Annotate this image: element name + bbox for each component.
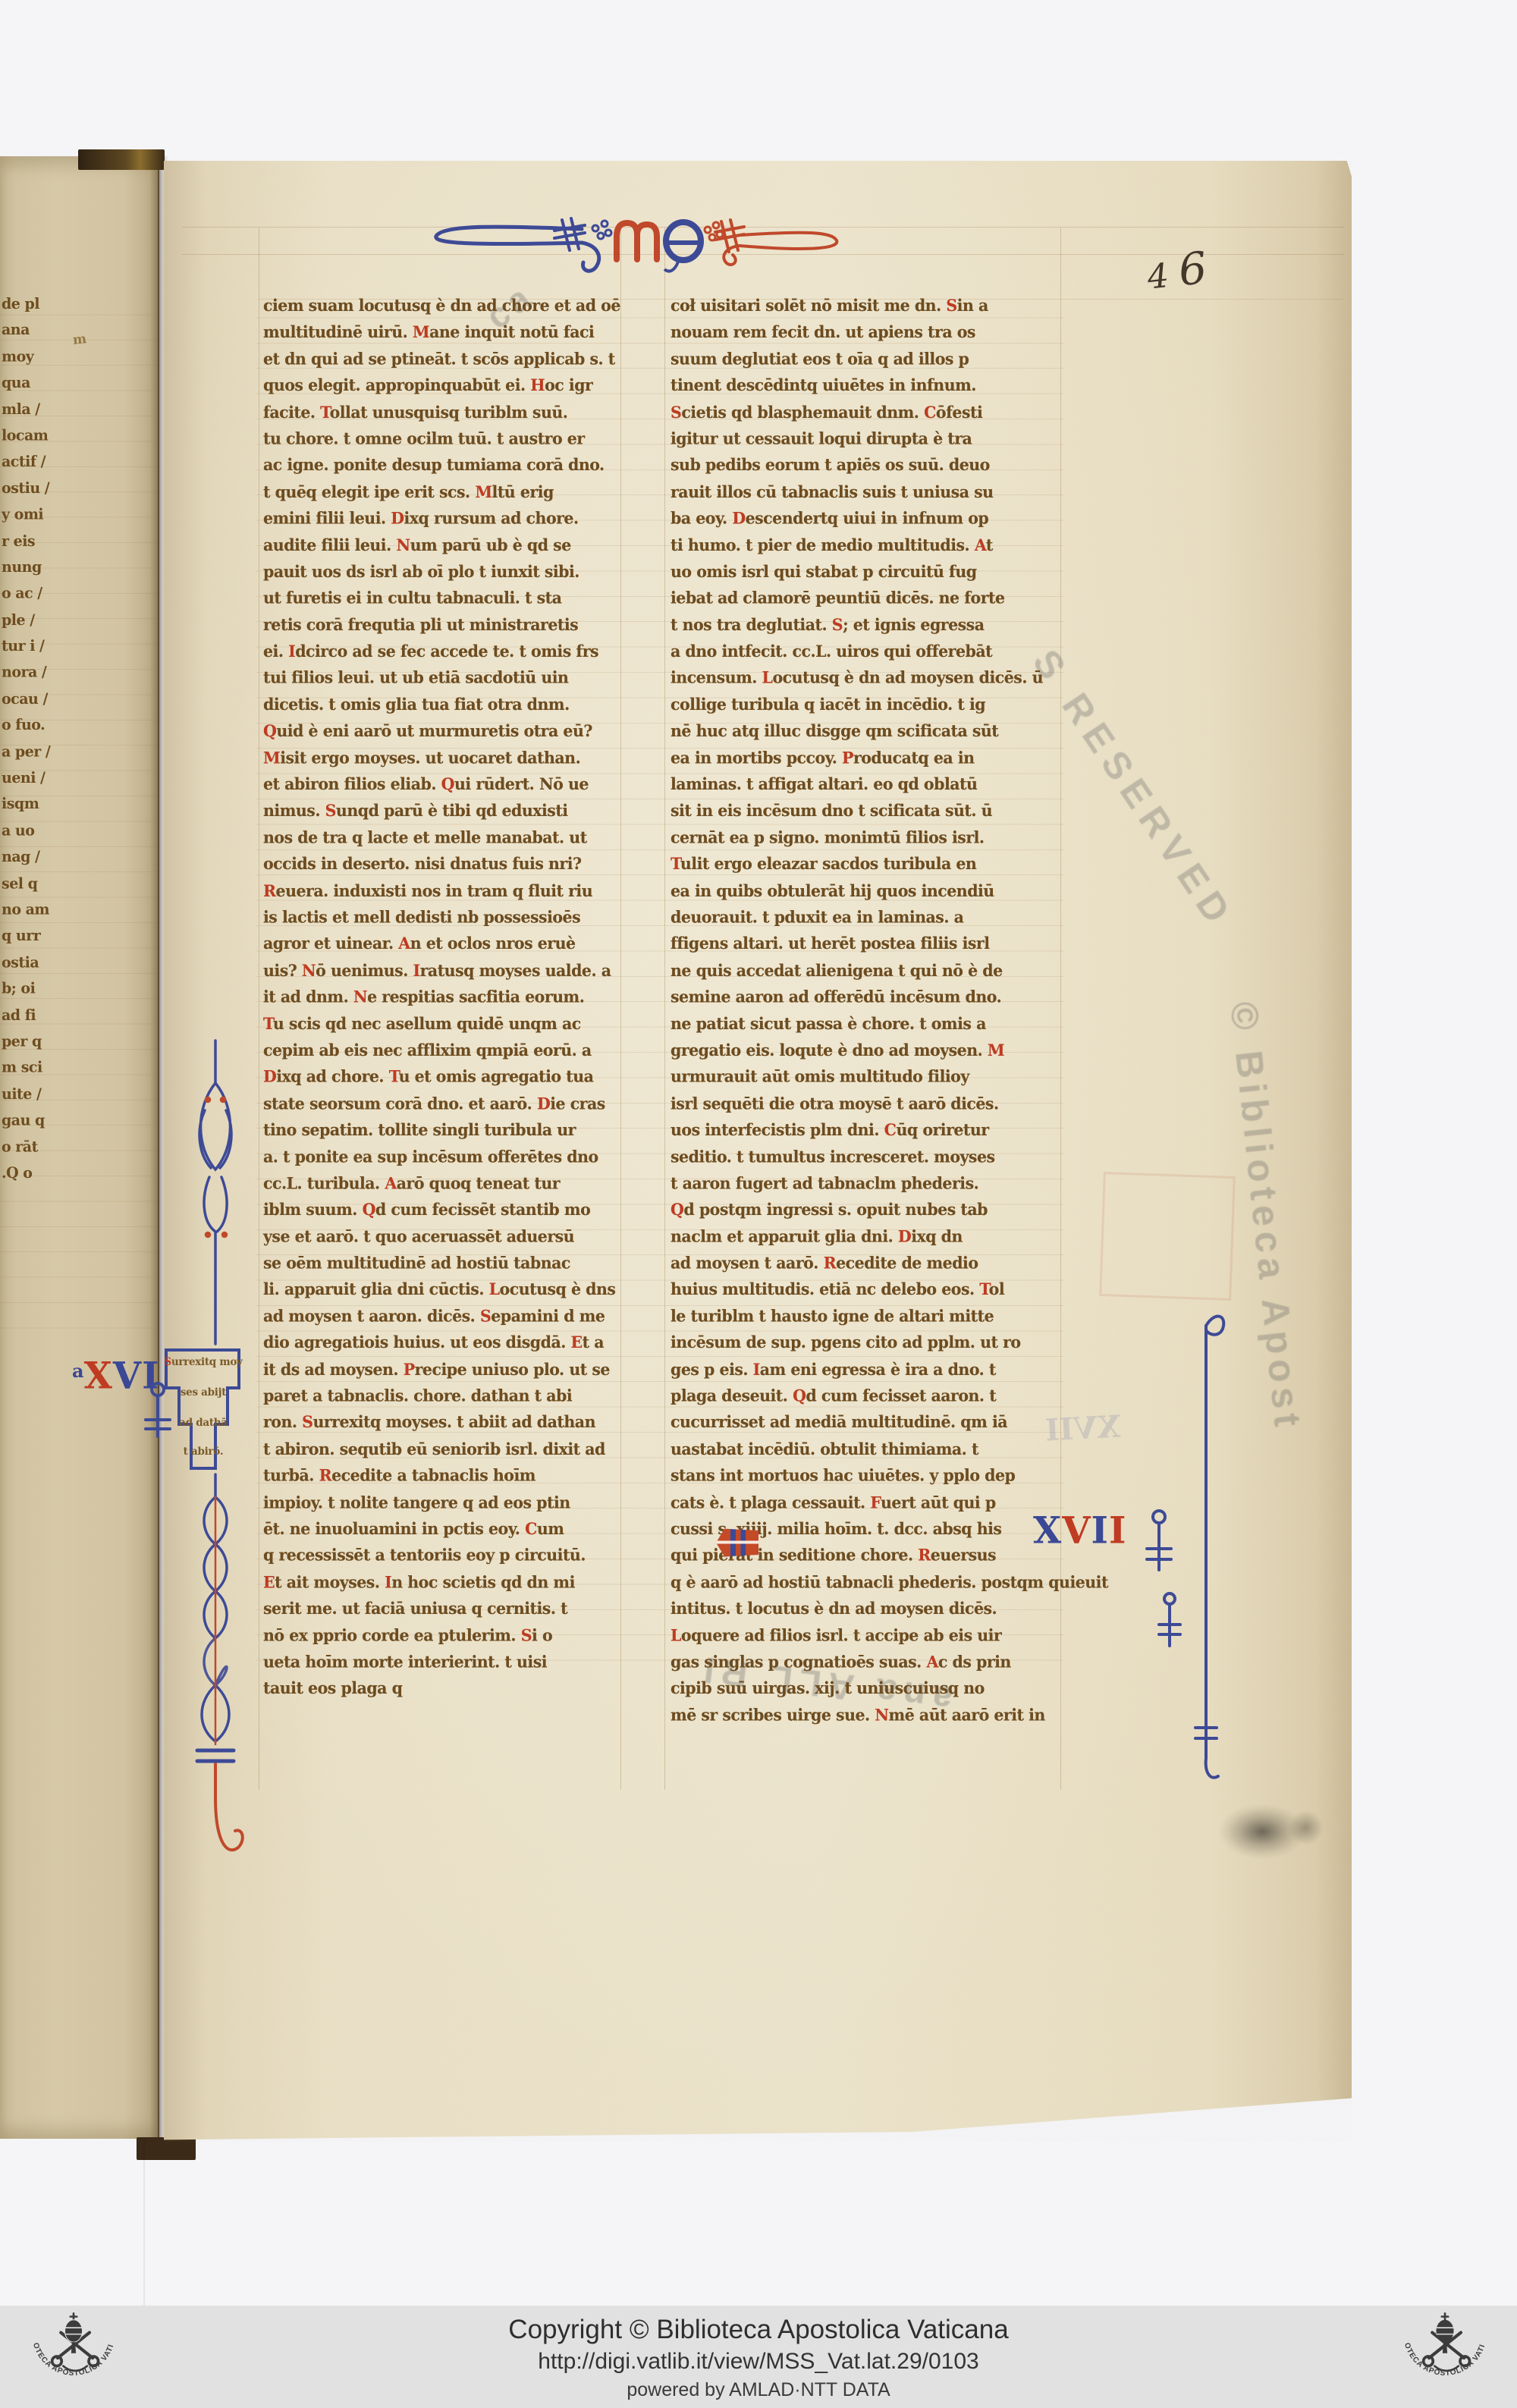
manuscript-line: le turiblm t hausto igne de altari mitte bbox=[671, 1303, 1059, 1330]
manuscript-line: ad moysen t aarō. Recedite de medio bbox=[671, 1250, 1059, 1276]
manuscript-line: mē sr scribes uirge sue. Nmē aūt aarō er… bbox=[671, 1702, 1059, 1728]
manuscript-line: collige turibula q iacēt in incēdio. t i… bbox=[671, 692, 1059, 718]
manuscript-line: audite filii leui. Num parū ub è qd se bbox=[263, 532, 617, 559]
manuscript-line: se oēm multitudinē ad hostiū tabnac bbox=[263, 1250, 617, 1276]
manuscript-line: Et ait moyses. In hoc scietis qd dn mi bbox=[263, 1569, 617, 1596]
manuscript-line: dio agregatiois huius. ut eos disgdā. Et… bbox=[263, 1330, 617, 1356]
manuscript-line: semine aaron ad offerēdū incēsum dno. bbox=[671, 984, 1059, 1011]
manuscript-line: t abiron. sequtib eū seniorib isrl. dixi… bbox=[263, 1436, 617, 1463]
manuscript-line: t nos tra deglutiat. S; et ignis egressa bbox=[671, 612, 1059, 639]
folio-number: 46 bbox=[1145, 240, 1220, 299]
manuscript-line: gas singlas p cognatioēs suas. Ac ds pri… bbox=[671, 1649, 1059, 1675]
manuscript-line: ne quis accedat alienigena t qui nō è de bbox=[671, 958, 1059, 984]
verso-fragment: nag / bbox=[2, 844, 93, 871]
verso-fragment: o rāt bbox=[2, 1134, 93, 1160]
verso-fragment: mla / bbox=[2, 397, 93, 423]
manuscript-line: a dno intfecit. cc.L. uiros qui offerebā… bbox=[671, 639, 1059, 665]
manuscript-line: cipib suū uirgas. xij. t uniuscuiusq no bbox=[671, 1675, 1059, 1702]
manuscript-line: nō ex pprio corde ea ptulerim. Si o bbox=[263, 1622, 617, 1649]
manuscript-line: serit me. ut faciā uniusa q cernitis. t bbox=[263, 1596, 617, 1622]
manuscript-line: quos elegit. appropinquabūt ei. Hoc igr bbox=[263, 372, 617, 399]
verso-fragment: gau q bbox=[2, 1108, 93, 1135]
verso-fragment: b; oi bbox=[2, 976, 93, 1003]
manuscript-line: tinent descēdintq uiuētes in infnum. bbox=[671, 372, 1059, 399]
manuscript-line: Tulit ergo eleazar sacdos turibula en bbox=[671, 851, 1059, 877]
manuscript-line: cucurrisset ad mediā multitudinē. qm iā bbox=[671, 1410, 1059, 1436]
manuscript-line: ba eoy. Descendertq uiui in infnum op bbox=[671, 505, 1059, 532]
manuscript-line: tauit eos plaga q bbox=[263, 1675, 617, 1702]
manuscript-line: impioy. t nolite tangere q ad eos ptin bbox=[263, 1490, 617, 1516]
manuscript-line: laminas. t affigat altari. eo qd oblatū bbox=[671, 771, 1059, 798]
column-rule bbox=[259, 228, 259, 1790]
manuscript-line: urmurauit aūt omis multitudo filioy bbox=[671, 1064, 1059, 1091]
verso-page-edge: de planamoyquamla /locamactif /ostiu /y … bbox=[0, 156, 159, 2139]
manuscript-line: huius multitudis. etiā nc delebo eos. To… bbox=[671, 1276, 1059, 1303]
manuscript-line: uis? Nō uenimus. Iratusq moyses ualde. a bbox=[263, 958, 617, 984]
manuscript-line: cepim ab eis nec afflixim qmpiā eorū. a bbox=[263, 1038, 617, 1064]
verso-fragment: moy bbox=[2, 344, 93, 370]
manuscript-line: ne patiat sicut passa è chore. t omis a bbox=[671, 1011, 1059, 1038]
binding-notch-bottom bbox=[137, 2137, 196, 2160]
manuscript-line: ciem suam locutusq è dn ad chore et ad o… bbox=[263, 293, 617, 319]
verso-fragment: y omi bbox=[2, 502, 93, 529]
manuscript-line: deuorauit. t pduxit ea in laminas. a bbox=[671, 904, 1059, 931]
manuscript-line: ueta hoīm morte interierint. t uisi bbox=[263, 1649, 617, 1675]
manuscript-line: paret a tabnaclis. chore. dathan t abi bbox=[263, 1383, 617, 1409]
manuscript-line: facite. Tollat unusquisq turiblm suū. bbox=[263, 399, 617, 425]
right-text-column: coł uisitari solēt nō misit me dn. Sin a… bbox=[671, 293, 1059, 1728]
manuscript-line: Quid è eni aarō ut murmuretis otra eū? bbox=[263, 718, 617, 745]
manuscript-line: coł uisitari solēt nō misit me dn. Sin a bbox=[671, 293, 1059, 319]
manuscript-line: et dn qui ad se ptineāt. t scōs applicab… bbox=[263, 346, 617, 372]
stray-ink-mark: m bbox=[72, 331, 87, 348]
manuscript-line: incensum. Locutusq è dn ad moysen dicēs.… bbox=[671, 665, 1059, 692]
bleed-through-ghost: XVII bbox=[1044, 1408, 1122, 1448]
manuscript-line: Loquere ad filios isrl. t accipe ab eis … bbox=[671, 1622, 1059, 1649]
verso-fragment: nora / bbox=[2, 660, 93, 686]
manuscript-line: is lactis et mell dedisti nb possessioēs bbox=[263, 904, 617, 931]
verso-fragment: de pl bbox=[2, 291, 93, 318]
manuscript-line: turbā. Recedite a tabnaclis hoīm bbox=[263, 1463, 617, 1490]
verso-fragment: ostiu / bbox=[2, 476, 93, 502]
manuscript-line: Tu scis qd nec asellum quidē unqm ac bbox=[263, 1011, 617, 1038]
manuscript-line: retis corā frequtia pli ut ministraretis bbox=[263, 612, 617, 639]
verso-fragment: qua bbox=[2, 370, 93, 397]
footer-bar: BIBLIOTECA APOSTOLICA VATICANA BIBLIOTEC… bbox=[0, 2306, 1517, 2408]
manuscript-line: nouam rem fecit dn. ut apiens tra os bbox=[671, 319, 1059, 346]
verso-fragment: locam bbox=[2, 423, 93, 450]
manuscript-line: plaga deseuit. Qd cum fecisset aaron. t bbox=[671, 1383, 1059, 1409]
manuscript-line: uastabat incēdiū. obtulit thimiama. t bbox=[671, 1436, 1059, 1463]
manuscript-line: nē huc atq illuc disgge qm scificata sūt bbox=[671, 718, 1059, 745]
manuscript-line: sub pedibs eorum t apiēs os suū. deuo bbox=[671, 452, 1059, 479]
manuscript-line: suum deglutiat eos t oīa q ad illos p bbox=[671, 346, 1059, 372]
manuscript-line: rauit illos cū tabnaclis suis t uniusa s… bbox=[671, 479, 1059, 505]
manuscript-line: t aaron fugert ad tabnaclm phederis. bbox=[671, 1170, 1059, 1197]
manuscript-line: q recessissēt a tentoriis eoy p circuitū… bbox=[263, 1543, 617, 1569]
manuscript-line: agror et uinear. An et oclos nros eruè bbox=[263, 931, 617, 957]
manuscript-line: ut furetis ei in cultu tabnaculi. t sta bbox=[263, 586, 617, 612]
manuscript-line: emini filii leui. Dixq rursum ad chore. bbox=[263, 505, 617, 532]
manuscript-line: et abiron filios eliab. Qui rūdert. Nō u… bbox=[263, 771, 617, 798]
column-rule bbox=[620, 228, 621, 1790]
manuscript-line: ron. Surrexitq moyses. t abiit ad dathan bbox=[263, 1410, 617, 1436]
verso-fragment: tur i / bbox=[2, 633, 93, 660]
bleed-through-box bbox=[1099, 1172, 1236, 1301]
running-header-ornament bbox=[413, 212, 884, 282]
verso-fragment: sel q bbox=[2, 871, 93, 897]
verso-fragment: a per / bbox=[2, 739, 93, 765]
manuscript-line: gregatio eis. loqute è dno ad moysen. M bbox=[671, 1038, 1059, 1064]
manuscript-line: igitur ut cessauit loqui dirupta è tra bbox=[671, 425, 1059, 452]
left-text-column: ciem suam locutusq è dn ad chore et ad o… bbox=[263, 293, 617, 1702]
manuscript-line: Reuera. induxisti nos in tram q fluit ri… bbox=[263, 877, 617, 904]
verso-fragment: ocau / bbox=[2, 686, 93, 713]
manuscript-line: Qd postqm ingressi s. opuit nubes tab bbox=[671, 1197, 1059, 1223]
manuscript-line: ea in quibs obtulerāt hij quos incendiū bbox=[671, 877, 1059, 904]
column-rule bbox=[664, 228, 665, 1790]
verso-text-fragments: de planamoyquamla /locamactif /ostiu /y … bbox=[2, 291, 93, 1187]
verso-fragment: ostia bbox=[2, 950, 93, 976]
manuscript-line: uo omis isrl qui stabat p circuitū fug bbox=[671, 559, 1059, 586]
manuscript-line: tui filios leui. ut ub etiā sacdotiū uin bbox=[263, 665, 617, 692]
manuscript-line: tino sepatim. tollite singli turibula ur bbox=[263, 1117, 617, 1144]
manuscript-line: ti humo. t pier de medio multitudis. At bbox=[671, 532, 1059, 559]
verso-fragment: a uo bbox=[2, 818, 93, 845]
copyright-line: Copyright © Biblioteca Apostolica Vatica… bbox=[0, 2313, 1517, 2347]
manuscript-line: ac igne. ponite desup tumiama corā dno. bbox=[263, 452, 617, 479]
background-seam bbox=[143, 2140, 145, 2306]
ink-smudge bbox=[1208, 1790, 1344, 1866]
manuscript-line: state seorsum corā dno. et aarō. Die cra… bbox=[263, 1091, 617, 1117]
manuscript-line: Misit ergo moyses. ut uocaret dathan. bbox=[263, 745, 617, 771]
verso-fragment: ueni / bbox=[2, 765, 93, 792]
manuscript-line: ēt. ne inuoluamini in pctis eoy. Cum bbox=[263, 1516, 617, 1543]
binding-notch-top bbox=[78, 149, 165, 170]
manuscript-line: naclm et apparuit glia dni. Dixq dn bbox=[671, 1223, 1059, 1250]
manuscript-line: dicetis. t omis glia tua fiat otra dnm. bbox=[263, 692, 617, 718]
manuscript-line: iebat ad clamorē peuntiū dicēs. ne forte bbox=[671, 586, 1059, 612]
manuscript-line: ea in mortibs pccoy. Producatq ea in bbox=[671, 745, 1059, 771]
manuscript-line: yse et aarō. t quo aceruassēt aduersū bbox=[263, 1223, 617, 1250]
header-letter-red bbox=[617, 223, 657, 259]
manuscript-line: t quēq elegit ipe erit scs. Mltū erig bbox=[263, 479, 617, 505]
manuscript-line: pauit uos ds isrl ab oī plo t iunxit sib… bbox=[263, 559, 617, 586]
verso-fragment: uite / bbox=[2, 1082, 93, 1108]
verso-fragment: m sci bbox=[2, 1055, 93, 1082]
chapter-flourish bbox=[1136, 1303, 1235, 1804]
chapter-marker-xvii: XVII bbox=[1033, 1509, 1126, 1552]
manuscript-line: incēsum de sup. pgens cito ad pplm. ut r… bbox=[671, 1330, 1059, 1356]
manuscript-line: a. t ponite ea sup incēsum offerētes dno bbox=[263, 1144, 617, 1170]
manuscript-line: isrl sequēti die otra moysē t aarō dicēs… bbox=[671, 1091, 1059, 1117]
verso-fragment: isqm bbox=[2, 792, 93, 818]
manuscript-line: uos interfecistis plm dni. Cūq oriretur bbox=[671, 1117, 1059, 1144]
column-rule bbox=[1060, 228, 1061, 1790]
manuscript-line: nimus. Sunqd parū è tibi qd eduxisti bbox=[263, 798, 617, 824]
manuscript-line: ei. Idcirco ad se fec accede te. t omis … bbox=[263, 639, 617, 665]
manuscript-line: stans int mortuos hac uiuētes. y pplo de… bbox=[671, 1463, 1059, 1490]
verso-fragment: nung bbox=[2, 554, 93, 581]
verso-fragment: no am bbox=[2, 897, 93, 924]
manuscript-line: cernāt ea p signo. monimtū filios isrl. bbox=[671, 824, 1059, 851]
manuscript-line: q è aarō ad hostiū tabnacli phederis. po… bbox=[671, 1569, 1059, 1596]
manuscript-line: tu chore. t omne ocilm tuū. t austro er bbox=[263, 425, 617, 452]
verso-fragment: ad fi bbox=[2, 1003, 93, 1029]
manuscript-line: cc.L. turibula. Aarō quoq teneat tur bbox=[263, 1170, 617, 1197]
url-line: http://digi.vatlib.it/view/MSS_Vat.lat.2… bbox=[0, 2347, 1517, 2377]
verso-fragment: o fuo. bbox=[2, 713, 93, 739]
manuscript-line: ges p eis. Iam eni egressa è ira a dno. … bbox=[671, 1356, 1059, 1383]
manuscript-line: it ds ad moysen. Precipe uniuso plo. ut … bbox=[263, 1356, 617, 1383]
verso-fragment: actif / bbox=[2, 449, 93, 476]
verso-fragment: per q bbox=[2, 1028, 93, 1055]
manuscript-line: occids in deserto. nisi dnatus fuis nri? bbox=[263, 851, 617, 877]
verso-fragment: .Q o bbox=[2, 1160, 93, 1187]
verso-fragment: o ac / bbox=[2, 581, 93, 607]
verso-fragment: ple / bbox=[2, 607, 93, 634]
verso-fragment: r eis bbox=[2, 529, 93, 555]
manuscript-line: li. apparuit glia dni cūctis. Locutusq è… bbox=[263, 1276, 617, 1303]
footer-text-block: Copyright © Biblioteca Apostolica Vatica… bbox=[0, 2313, 1517, 2403]
manuscript-line: it ad dnm. Ne respitias sacfitia eorum. bbox=[263, 984, 617, 1011]
manuscript-line: ad moysen t aaron. dicēs. Sepamini d me bbox=[263, 1303, 617, 1330]
manuscript-line: cats è. t plaga cessauit. Fuert aūt qui … bbox=[671, 1490, 1059, 1516]
manuscript-line: nos de tra q lacte et melle manabat. ut bbox=[263, 824, 617, 851]
manuscript-line: sit in eis incēsum dno t scificata sūt. … bbox=[671, 798, 1059, 824]
verso-fragment: q urr bbox=[2, 923, 93, 950]
margin-flourish bbox=[181, 1039, 244, 1873]
manuscript-viewer-photo: de planamoyquamla /locamactif /ostiu /y … bbox=[0, 0, 1517, 2408]
manuscript-line: ffigens altari. ut herēt postea filiis i… bbox=[671, 931, 1059, 957]
manuscript-line: Scietis qd blasphemauit dnm. Cōfesti bbox=[671, 399, 1059, 425]
header-letter-blue bbox=[664, 222, 701, 271]
manuscript-line: seditio. t tumultus incresceret. moyses bbox=[671, 1144, 1059, 1170]
manuscript-line: intitus. t locutus è dn ad moysen dicēs. bbox=[671, 1596, 1059, 1622]
manuscript-line: iblm suum. Qd cum fecissēt stantib mo bbox=[263, 1197, 617, 1223]
manuscript-line: multitudinē uirū. Mane inquit notū faci bbox=[263, 319, 617, 346]
manuscript-line: Dixq ad chore. Tu et omis agregatio tua bbox=[263, 1064, 617, 1091]
powered-line: powered by AMLAD·NTT DATA bbox=[0, 2377, 1517, 2403]
